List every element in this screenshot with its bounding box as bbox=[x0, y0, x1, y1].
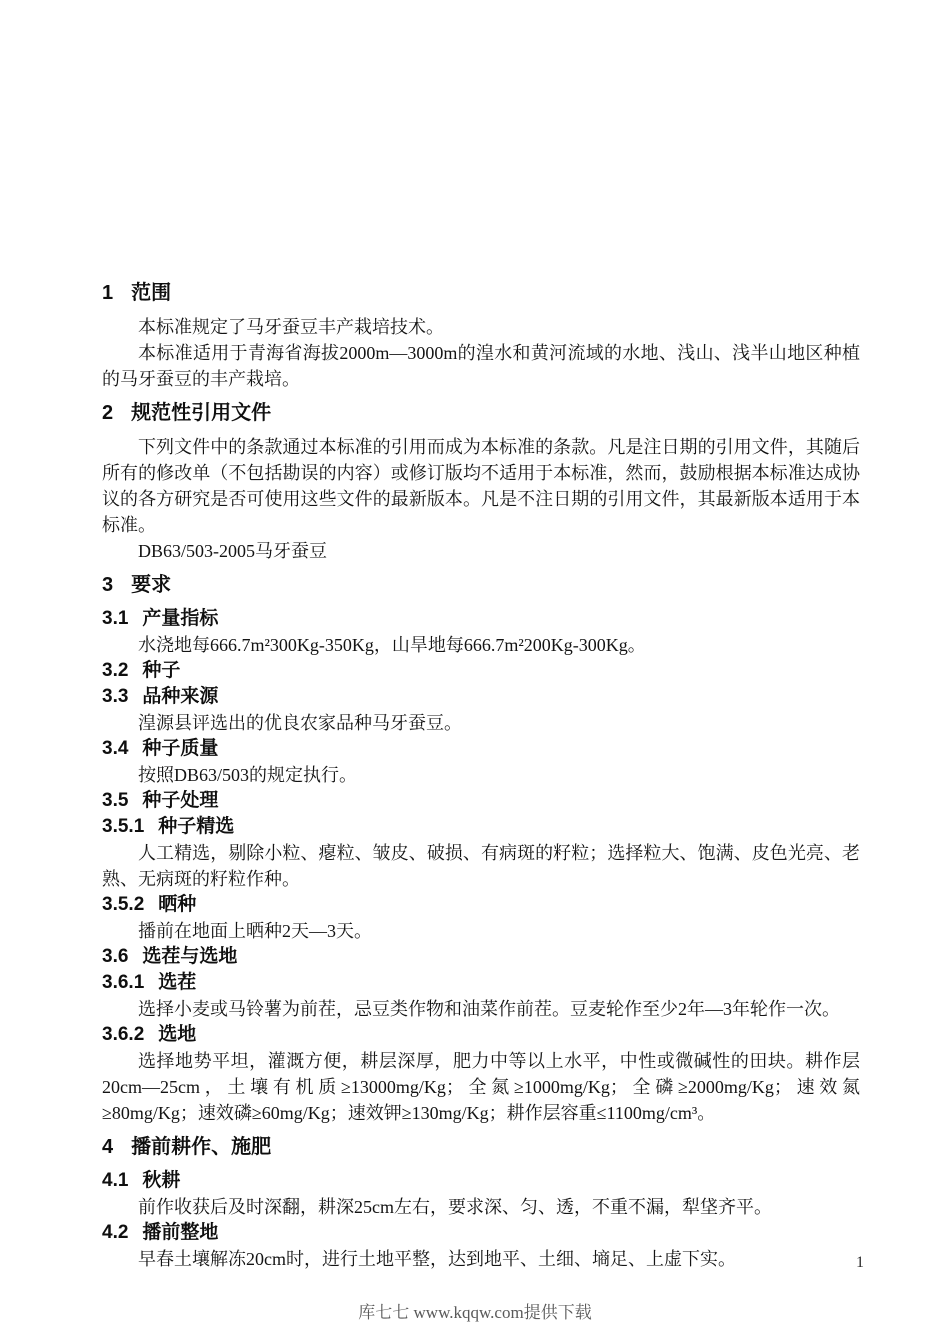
heading-seed-treatment: 3.5种子处理 bbox=[102, 788, 860, 814]
heading-title: 品种来源 bbox=[142, 686, 218, 707]
heading-variety-source: 3.3品种来源 bbox=[102, 684, 860, 710]
heading-seed-quality: 3.4种子质量 bbox=[102, 736, 860, 762]
para-yield-index: 水浇地每666.7m²300Kg-350Kg，山旱地每666.7m²200Kg-… bbox=[102, 632, 860, 658]
heading-seed-selection: 3.5.1种子精选 bbox=[102, 814, 860, 840]
heading-number: 3.6.2 bbox=[102, 1024, 144, 1045]
para-scope-2: 本标准适用于青海省海拔2000m—3000m的湟水和黄河流域的水地、浅山、浅半山… bbox=[102, 340, 860, 392]
heading-title: 规范性引用文件 bbox=[131, 402, 271, 424]
page-number: 1 bbox=[856, 1254, 864, 1272]
heading-number: 4.1 bbox=[102, 1170, 128, 1191]
para-pre-sowing-leveling: 早春土壤解冻20cm时，进行土地平整，达到地平、土细、墒足、上虚下实。 bbox=[102, 1246, 860, 1272]
para-stubble-selection: 选择小麦或马铃薯为前茬，忌豆类作物和油菜作前茬。豆麦轮作至少2年—3年轮作一次。 bbox=[102, 996, 860, 1022]
heading-number: 2 bbox=[102, 402, 113, 424]
heading-autumn-plowing: 4.1秋耕 bbox=[102, 1168, 860, 1194]
heading-seed-sunning: 3.5.2晒种 bbox=[102, 892, 860, 918]
heading-title: 播前整地 bbox=[142, 1222, 218, 1243]
heading-title: 种子质量 bbox=[142, 738, 218, 759]
heading-title: 种子精选 bbox=[158, 816, 234, 837]
heading-title: 秋耕 bbox=[142, 1170, 180, 1191]
heading-number: 3.1 bbox=[102, 608, 128, 629]
watermark-text: 库七七 www.kqqw.com提供下载 bbox=[0, 1298, 950, 1323]
para-autumn-plowing: 前作收获后及时深翻，耕深25cm左右，要求深、匀、透，不重不漏，犁垡齐平。 bbox=[102, 1194, 860, 1220]
para-variety-source: 湟源县评选出的优良农家品种马牙蚕豆。 bbox=[102, 710, 860, 736]
document-body: 1范围 本标准规定了马牙蚕豆丰产栽培技术。 本标准适用于青海省海拔2000m—3… bbox=[102, 272, 860, 1272]
heading-seed: 3.2种子 bbox=[102, 658, 860, 684]
para-seed-quality: 按照DB63/503的规定执行。 bbox=[102, 762, 860, 788]
heading-number: 4.2 bbox=[102, 1222, 128, 1243]
heading-number: 3.4 bbox=[102, 738, 128, 759]
heading-pre-sowing-leveling: 4.2播前整地 bbox=[102, 1220, 860, 1246]
para-seed-selection: 人工精选，剔除小粒、瘪粒、皱皮、破损、有病斑的籽粒；选择粒大、饱满、皮色光亮、老… bbox=[102, 840, 860, 892]
heading-land-selection: 3.6.2选地 bbox=[102, 1022, 860, 1048]
heading-scope: 1范围 bbox=[102, 280, 860, 306]
para-land-selection: 选择地势平坦，灌溉方便，耕层深厚，肥力中等以上水平，中性或微碱性的田块。耕作层2… bbox=[102, 1048, 860, 1126]
heading-number: 3.6.1 bbox=[102, 972, 144, 993]
document-page: 1范围 本标准规定了马牙蚕豆丰产栽培技术。 本标准适用于青海省海拔2000m—3… bbox=[0, 0, 950, 1344]
heading-number: 4 bbox=[102, 1136, 113, 1158]
para-normative-references: 下列文件中的条款通过本标准的引用而成为本标准的条款。凡是注日期的引用文件，其随后… bbox=[102, 434, 860, 538]
heading-title: 种子 bbox=[142, 660, 180, 681]
heading-title: 晒种 bbox=[158, 894, 196, 915]
heading-title: 选茬与选地 bbox=[142, 946, 237, 967]
heading-number: 3.2 bbox=[102, 660, 128, 681]
heading-number: 3.6 bbox=[102, 946, 128, 967]
heading-pre-sowing-tillage: 4播前耕作、施肥 bbox=[102, 1134, 860, 1160]
heading-number: 1 bbox=[102, 282, 113, 304]
heading-number: 3.3 bbox=[102, 686, 128, 707]
para-scope-1: 本标准规定了马牙蚕豆丰产栽培技术。 bbox=[102, 314, 860, 340]
heading-number: 3.5 bbox=[102, 790, 128, 811]
para-reference-db63-503: DB63/503-2005马牙蚕豆 bbox=[102, 538, 860, 564]
heading-number: 3.5.1 bbox=[102, 816, 144, 837]
heading-number: 3.5.2 bbox=[102, 894, 144, 915]
heading-number: 3 bbox=[102, 574, 113, 596]
heading-yield-index: 3.1产量指标 bbox=[102, 606, 860, 632]
heading-stubble-and-land: 3.6选茬与选地 bbox=[102, 944, 860, 970]
heading-title: 选茬 bbox=[158, 972, 196, 993]
heading-title: 范围 bbox=[131, 282, 171, 304]
heading-title: 要求 bbox=[131, 574, 171, 596]
heading-title: 选地 bbox=[158, 1024, 196, 1045]
heading-stubble-selection: 3.6.1选茬 bbox=[102, 970, 860, 996]
heading-title: 播前耕作、施肥 bbox=[131, 1136, 271, 1158]
heading-normative-references: 2规范性引用文件 bbox=[102, 400, 860, 426]
para-seed-sunning: 播前在地面上晒种2天—3天。 bbox=[102, 918, 860, 944]
heading-title: 种子处理 bbox=[142, 790, 218, 811]
heading-requirements: 3要求 bbox=[102, 572, 860, 598]
heading-title: 产量指标 bbox=[142, 608, 218, 629]
